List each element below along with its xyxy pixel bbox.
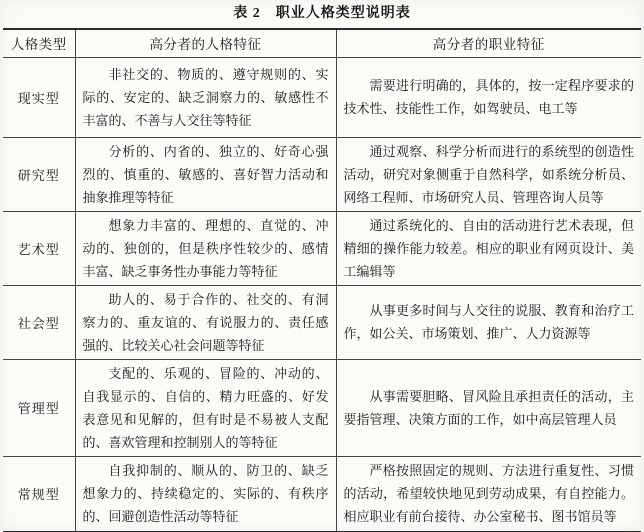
personality-cell: 助人的、易于合作的、社交的、有洞察力的、重友谊的、有说服力的、责任感强的、比较关… xyxy=(75,285,336,359)
personality-cell: 想象力丰富的、理想的、直觉的、冲动的、独创的，但是秩序性较少的、感情丰富、缺乏事… xyxy=(75,211,336,285)
table-row-conventional: 常规型 自我抑制的、顺从的、防卫的、缺乏想象力的、持续稳定的、实际的、有秩序的、… xyxy=(3,456,641,532)
column-header-personality-traits: 高分者的人格特征 xyxy=(75,29,336,57)
personality-text: 助人的、易于合作的、社交的、有洞察力的、重友谊的、有说服力的、责任感强的、比较关… xyxy=(83,288,329,357)
occupation-cell: 从事需要胆略、冒风险且承担责任的活动，主要指管理、决策方面的工作，如中高层管理人… xyxy=(336,359,641,456)
table-row-artistic: 艺术型 想象力丰富的、理想的、直觉的、冲动的、独创的，但是秩序性较少的、感情丰富… xyxy=(3,211,641,285)
personality-cell: 支配的、乐观的、冒险的、冲动的、自我显示的、自信的、精力旺盛的、好发表意见和见解… xyxy=(75,359,336,456)
personality-text: 自我抑制的、顺从的、防卫的、缺乏想象力的、持续稳定的、实际的、有秩序的、回避创造… xyxy=(83,459,329,528)
table-row-realistic: 现实型 非社交的、物质的、遵守规则的、实际的、安定的、缺乏洞察力的、敏感性不丰富… xyxy=(3,57,641,137)
occupation-text: 严格按照固定的规则、方法进行重复性、习惯的活动，希望较快地见到劳动成果，有自控能… xyxy=(344,459,635,528)
column-header-occupation-traits: 高分者的职业特征 xyxy=(336,29,641,57)
occupation-cell: 严格按照固定的规则、方法进行重复性、习惯的活动，希望较快地见到劳动成果，有自控能… xyxy=(336,456,641,532)
occupation-text: 从事更多时间与人交往的说服、教育和治疗工作，如公关、市场策划、推广、人力资源等 xyxy=(344,299,635,345)
column-header-personality-type: 人格类型 xyxy=(3,29,75,57)
table-row-enterprising: 管理型 支配的、乐观的、冒险的、冲动的、自我显示的、自信的、精力旺盛的、好发表意… xyxy=(3,359,641,456)
table-row-social: 社会型 助人的、易于合作的、社交的、有洞察力的、重友谊的、有说服力的、责任感强的… xyxy=(3,285,641,359)
type-cell: 艺术型 xyxy=(3,211,75,285)
personality-type-table: 人格类型 高分者的人格特征 高分者的职业特征 现实型 非社交的、物质的、遵守规则… xyxy=(3,28,641,532)
personality-text: 非社交的、物质的、遵守规则的、实际的、安定的、缺乏洞察力的、敏感性不丰富的、不善… xyxy=(83,63,329,132)
occupation-text: 通过观察、科学分析而进行的系统型的创造性活动，研究对象侧重于自然科学，如系统分析… xyxy=(344,140,635,209)
personality-cell: 自我抑制的、顺从的、防卫的、缺乏想象力的、持续稳定的、实际的、有秩序的、回避创造… xyxy=(75,456,336,532)
personality-text: 想象力丰富的、理想的、直觉的、冲动的、独创的，但是秩序性较少的、感情丰富、缺乏事… xyxy=(83,214,329,283)
type-cell: 社会型 xyxy=(3,285,75,359)
table-title: 表 2 职业人格类型说明表 xyxy=(3,5,641,23)
table-header-row: 人格类型 高分者的人格特征 高分者的职业特征 xyxy=(3,29,641,57)
occupation-cell: 通过观察、科学分析而进行的系统型的创造性活动，研究对象侧重于自然科学，如系统分析… xyxy=(336,137,641,211)
table-row-investigative: 研究型 分析的、内省的、独立的、好奇心强烈的、慎重的、敏感的、喜好智力活动和抽象… xyxy=(3,137,641,211)
type-cell: 管理型 xyxy=(3,359,75,456)
personality-text: 分析的、内省的、独立的、好奇心强烈的、慎重的、敏感的、喜好智力活动和抽象推理等特… xyxy=(83,140,329,209)
type-cell: 研究型 xyxy=(3,137,75,211)
occupation-text: 通过系统化的、自由的活动进行艺术表现，但精细的操作能力较差。相应的职业有网页设计… xyxy=(344,214,635,283)
occupation-text: 需要进行明确的，具体的，按一定程序要求的技术性、技能性工作，如驾驶员、电工等 xyxy=(344,74,635,120)
occupation-cell: 需要进行明确的，具体的，按一定程序要求的技术性、技能性工作，如驾驶员、电工等 xyxy=(336,57,641,137)
type-cell: 常规型 xyxy=(3,456,75,532)
personality-cell: 分析的、内省的、独立的、好奇心强烈的、慎重的、敏感的、喜好智力活动和抽象推理等特… xyxy=(75,137,336,211)
occupation-cell: 从事更多时间与人交往的说服、教育和治疗工作，如公关、市场策划、推广、人力资源等 xyxy=(336,285,641,359)
occupation-cell: 通过系统化的、自由的活动进行艺术表现，但精细的操作能力较差。相应的职业有网页设计… xyxy=(336,211,641,285)
occupation-text: 从事需要胆略、冒风险且承担责任的活动，主要指管理、决策方面的工作，如中高层管理人… xyxy=(344,385,635,431)
personality-text: 支配的、乐观的、冒险的、冲动的、自我显示的、自信的、精力旺盛的、好发表意见和见解… xyxy=(83,362,329,454)
personality-cell: 非社交的、物质的、遵守规则的、实际的、安定的、缺乏洞察力的、敏感性不丰富的、不善… xyxy=(75,57,336,137)
scanned-document-page: 表 2 职业人格类型说明表 人格类型 高分者的人格特征 高分者的职业特征 现实型… xyxy=(0,0,644,532)
type-cell: 现实型 xyxy=(3,57,75,137)
